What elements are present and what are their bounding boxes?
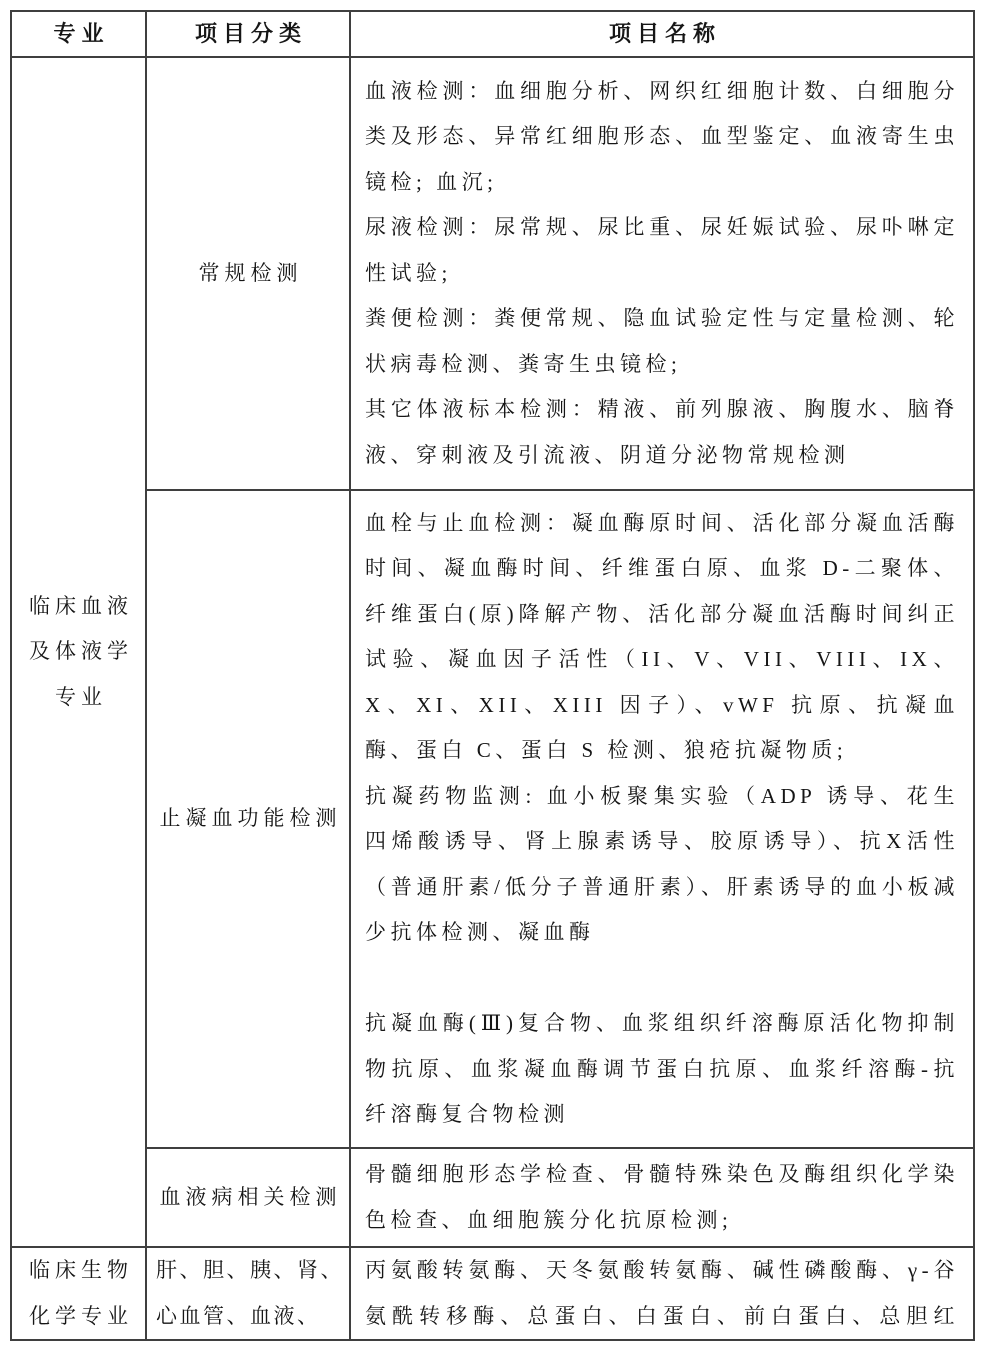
specialty-cell-clinical-hematology: 临床血液 及体液学 专业 <box>12 58 147 1248</box>
header-category-label: 项目分类 <box>189 13 307 55</box>
category-label-line: 心血管、血液、 <box>156 1294 321 1340</box>
project-item-paragraph-blank <box>365 956 959 1002</box>
project-item-paragraph: 抗凝药物监测: 血小板聚集实验（ADP 诱导、花生四烯酸诱导、肾上腺素诱导、胶原… <box>365 774 959 956</box>
specialty-line: 临床血液 <box>24 584 133 630</box>
project-item-paragraph: 骨髓细胞形态学检查、骨髓特殊染色及酶组织化学染色检查、血细胞簇分化抗原检测; <box>365 1152 959 1243</box>
project-item-paragraph: 血液检测：血细胞分析、网织红细胞计数、白细胞分类及形态、异常红细胞形态、血型鉴定… <box>365 69 959 206</box>
category-label: 常规检测 <box>194 251 303 297</box>
header-project-name: 项目名称 <box>351 12 973 58</box>
document-page: 专业 项目分类 项目名称 临床血液 及体液学 专业 常规检测 血液检测：血细胞分… <box>0 0 983 1347</box>
project-item-paragraph: 抗凝血酶(Ⅲ)复合物、血浆组织纤溶酶原活化物抑制物抗原、血浆凝血酶调节蛋白抗原、… <box>365 1001 959 1138</box>
specialty-cell-clinical-biochemistry: 临床生物 化学专业 <box>12 1248 147 1339</box>
category-cell-coagulation-tests: 止凝血功能检测 <box>147 491 351 1149</box>
project-item-paragraph: 丙氨酸转氨酶、天冬氨酸转氨酶、碱性磷酸酶、γ-谷氨酰转移酶、总蛋白、白蛋白、前白… <box>365 1248 959 1339</box>
items-cell-coagulation-tests: 血栓与止血检测：凝血酶原时间、活化部分凝血活酶时间、凝血酶时间、纤维蛋白原、血浆… <box>351 491 973 1149</box>
project-item-paragraph: 粪便检测：粪便常规、隐血试验定性与定量检测、轮状病毒检测、粪寄生虫镜检; <box>365 296 959 387</box>
project-item-paragraph: 尿液检测：尿常规、尿比重、尿妊娠试验、尿卟啉定性试验; <box>365 205 959 296</box>
specialty-line: 化学专业 <box>24 1294 133 1340</box>
category-cell-routine-tests: 常规检测 <box>147 58 351 491</box>
header-specialty: 专业 <box>12 12 147 58</box>
project-item-paragraph: 血栓与止血检测：凝血酶原时间、活化部分凝血活酶时间、凝血酶时间、纤维蛋白原、血浆… <box>365 501 959 774</box>
category-label: 止凝血功能检测 <box>155 796 342 842</box>
category-label-line: 肝、胆、胰、肾、 <box>156 1248 344 1294</box>
header-category: 项目分类 <box>147 12 351 58</box>
items-cell-hematologic-disease-tests: 骨髓细胞形态学检查、骨髓特殊染色及酶组织化学染色检查、血细胞簇分化抗原检测; <box>351 1149 973 1248</box>
specialty-line: 及体液学 <box>24 629 133 675</box>
specialty-line: 专业 <box>50 675 107 721</box>
items-cell-biochemistry-tests: 丙氨酸转氨酶、天冬氨酸转氨酶、碱性磷酸酶、γ-谷氨酰转移酶、总蛋白、白蛋白、前白… <box>351 1248 973 1339</box>
header-specialty-label: 专业 <box>47 13 109 55</box>
category-label: 血液病相关检测 <box>155 1175 342 1221</box>
specialty-line: 临床生物 <box>24 1248 133 1294</box>
category-cell-hematologic-disease-tests: 血液病相关检测 <box>147 1149 351 1248</box>
header-project-name-label: 项目名称 <box>603 13 721 55</box>
category-cell-organ-systems: 肝、胆、胰、肾、 心血管、血液、 <box>147 1248 351 1339</box>
lab-test-catalog-table: 专业 项目分类 项目名称 临床血液 及体液学 专业 常规检测 血液检测：血细胞分… <box>10 10 975 1341</box>
items-cell-routine-tests: 血液检测：血细胞分析、网织红细胞计数、白细胞分类及形态、异常红细胞形态、血型鉴定… <box>351 58 973 491</box>
project-item-paragraph: 其它体液标本检测：精液、前列腺液、胸腹水、脑脊液、穿刺液及引流液、阴道分泌物常规… <box>365 387 959 478</box>
